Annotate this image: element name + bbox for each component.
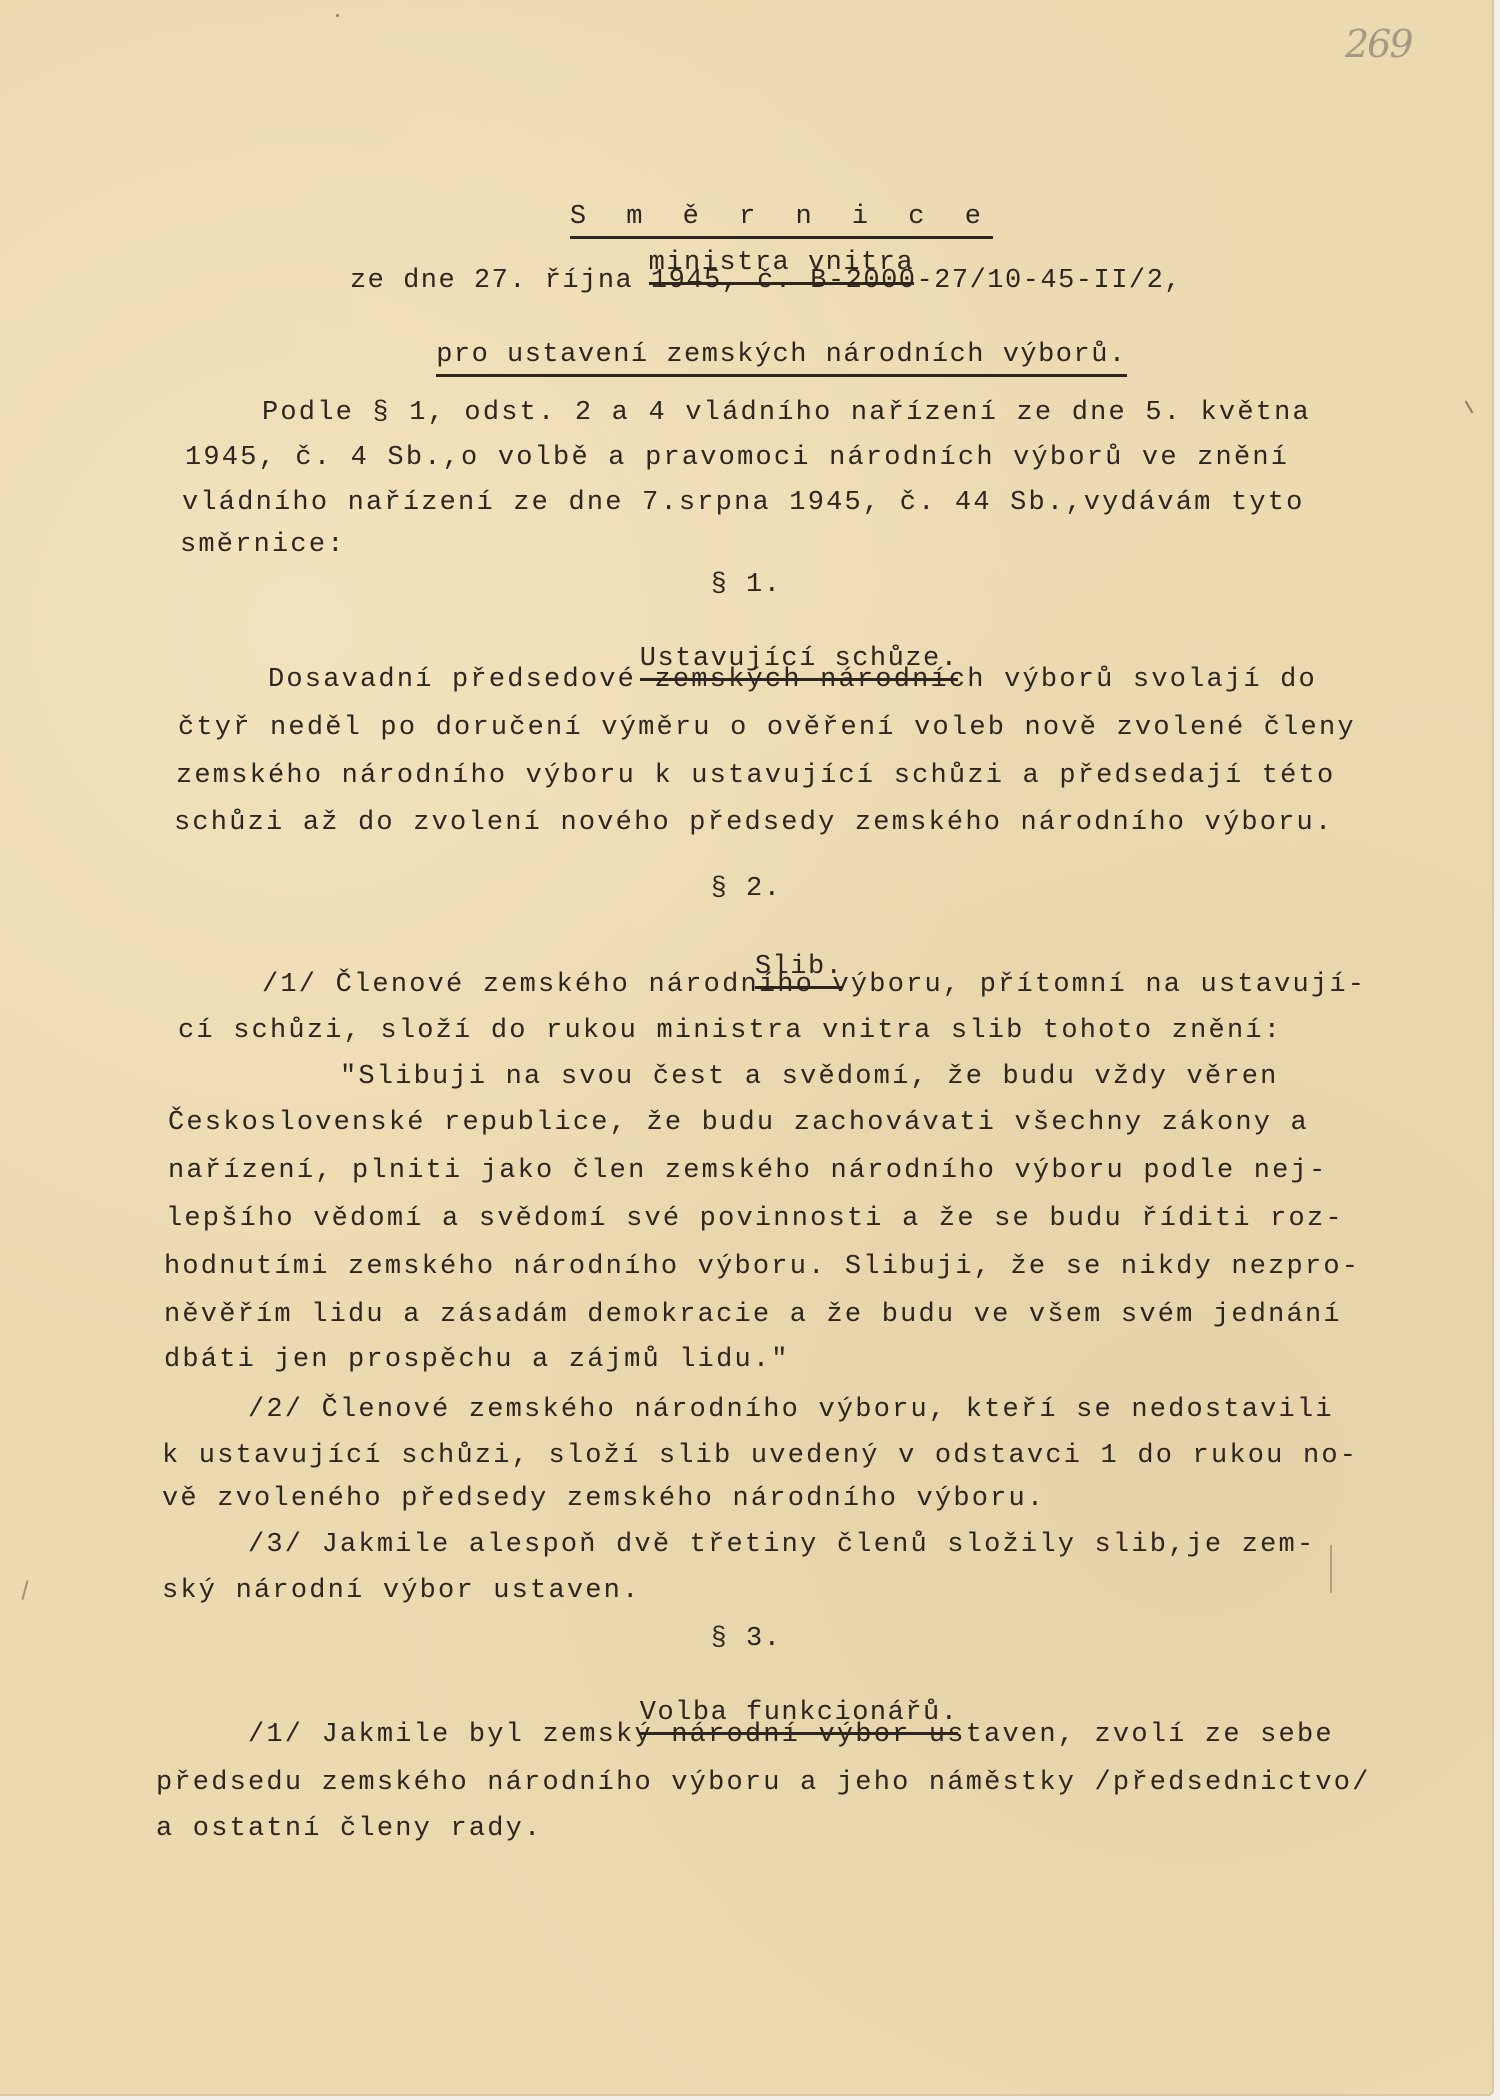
paragraph-2-line: /2/ Členové zemského národního výboru, k… xyxy=(248,1395,1334,1425)
oath-line: hodnutími zemského národního výboru. Sli… xyxy=(164,1252,1360,1282)
document-purpose: pro ustavení zemských národních výborů. xyxy=(0,310,1492,407)
section-line: čtyř neděl po doručení výměru o ověření … xyxy=(178,713,1356,743)
preamble-line: směrnice: xyxy=(180,530,346,560)
date-reference-line: ze dne 27. října 1945, č. B-2000-27/10-4… xyxy=(0,266,1492,296)
margin-line-mark xyxy=(1330,1545,1332,1593)
section-number: § 1. xyxy=(0,570,1492,600)
oath-line: nařízení, plniti jako člen zemského náro… xyxy=(168,1156,1327,1186)
paragraph-1-line: /1/ Členové zemského národního výboru, p… xyxy=(262,970,1366,1000)
paragraph-3-line: /3/ Jakmile alespoň dvě třetiny členů sl… xyxy=(248,1530,1315,1560)
oath-line: něvěřím lidu a zásadám demokracie a že b… xyxy=(164,1300,1342,1330)
oath-line: dbáti jen prospěchu a zájmů lidu." xyxy=(164,1345,790,1375)
document-page: 269 S m ě r n i c e ministra vnitra ze d… xyxy=(0,0,1494,2096)
purpose-text: pro ustavení zemských národních výborů. xyxy=(436,340,1126,377)
preamble-line: Podle § 1, odst. 2 a 4 vládního nařízení… xyxy=(262,398,1311,428)
section-line: předsedu zemského národního výboru a jeh… xyxy=(156,1768,1371,1798)
paragraph-2-line: k ustavující schůzi, složí slib uvedený … xyxy=(162,1441,1358,1471)
paragraph-1-line: cí schůzi, složí do rukou ministra vnitr… xyxy=(178,1016,1282,1046)
section-line: schůzi až do zvolení nového předsedy zem… xyxy=(174,808,1333,838)
paper-speck xyxy=(336,14,339,17)
section-line: zemského národního výboru k ustavující s… xyxy=(176,761,1335,791)
section-line: a ostatní členy rady. xyxy=(156,1814,542,1844)
preamble-line: 1945, č. 4 Sb.,o volbě a pravomoci národ… xyxy=(185,443,1289,473)
oath-line: "Slibuji na svou čest a svědomí, že budu… xyxy=(340,1062,1279,1092)
section-heading: Ustavující schůze. xyxy=(0,614,1492,711)
section-heading: Volba funkcionářů. xyxy=(0,1668,1492,1765)
section-line: /1/ Jakmile byl zemský národní výbor ust… xyxy=(248,1720,1334,1750)
section-line: Dosavadní předsedové zemských národních … xyxy=(268,665,1317,695)
paper-mark xyxy=(21,1580,28,1600)
section-number: § 3. xyxy=(0,1624,1492,1654)
preamble-line: vládního nařízení ze dne 7.srpna 1945, č… xyxy=(182,488,1305,518)
oath-line: Československé republice, že budu zachov… xyxy=(168,1108,1309,1138)
oath-line: lepšího vědomí a svědomí své povinnosti … xyxy=(166,1204,1344,1234)
section-number: § 2. xyxy=(0,874,1492,904)
paragraph-3-line: ský národní výbor ustaven. xyxy=(162,1576,640,1606)
folio-number: 269 xyxy=(1345,22,1412,66)
paragraph-2-line: vě zvoleného předsedy zemského národního… xyxy=(162,1484,1045,1514)
